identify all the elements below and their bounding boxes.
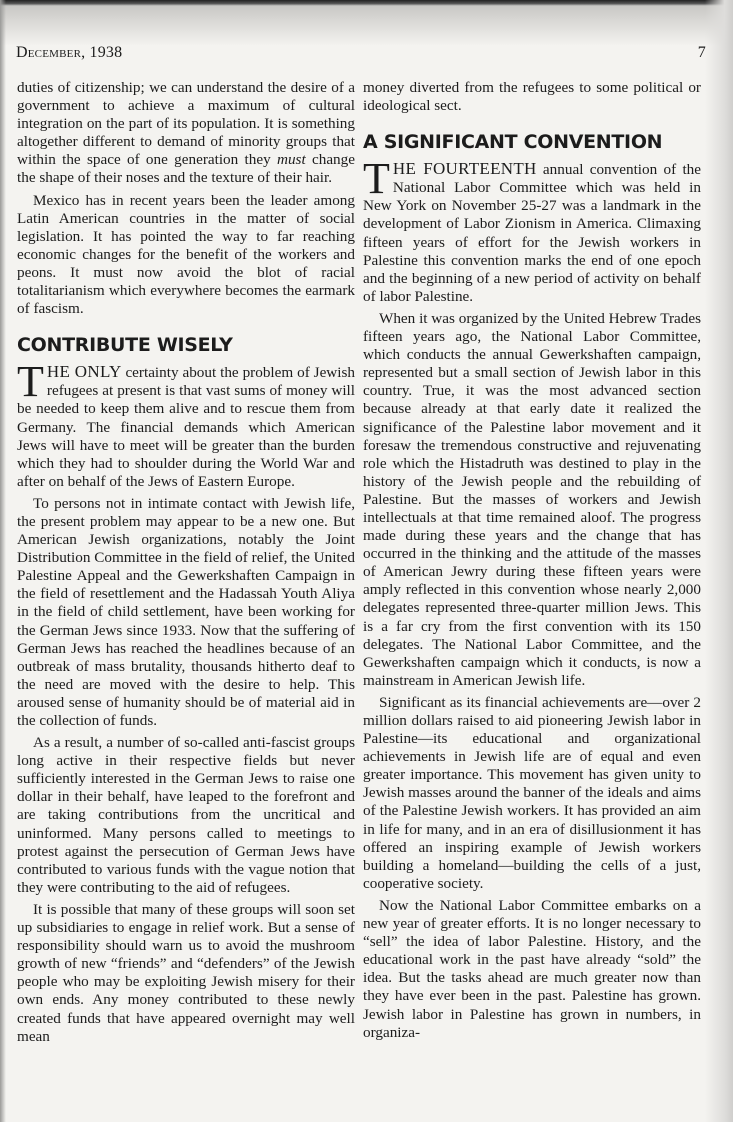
page-left-edge bbox=[0, 0, 6, 1122]
page-number: 7 bbox=[698, 44, 706, 62]
paragraph: Mexico has in recent years been the lead… bbox=[17, 192, 355, 319]
running-head: December, 1938 7 bbox=[16, 44, 706, 62]
text-run: annual convention of the National Labor … bbox=[363, 161, 701, 305]
page-right-edge bbox=[705, 0, 733, 1122]
lead-caps: HE ONLY bbox=[47, 362, 122, 381]
lead-caps: HE FOURTEENTH bbox=[393, 159, 537, 178]
paragraph: money diverted from the refugees to some… bbox=[363, 79, 701, 115]
lead-paragraph: THE ONLY certainty about the problem of … bbox=[17, 363, 355, 491]
issue-date: December, 1938 bbox=[16, 44, 122, 62]
lead-paragraph: THE FOURTEENTH annual convention of the … bbox=[363, 160, 701, 306]
paragraph: duties of citizenship; we can understand… bbox=[17, 79, 355, 188]
paragraph: Significant as its financial achievement… bbox=[363, 694, 701, 893]
emphasis: must bbox=[277, 151, 306, 168]
paragraph: It is possible that many of these groups… bbox=[17, 901, 355, 1046]
paragraph: As a result, a number of so-called anti-… bbox=[17, 734, 355, 897]
left-column: duties of citizenship; we can understand… bbox=[17, 79, 355, 1046]
section-heading: A SIGNIFICANT CONVENTION bbox=[363, 131, 701, 153]
right-column: money diverted from the refugees to some… bbox=[363, 79, 701, 1042]
drop-cap: T bbox=[363, 162, 390, 196]
paragraph: When it was organized by the United Hebr… bbox=[363, 310, 701, 690]
text-run: certainty about the problem of Jewish re… bbox=[17, 364, 355, 490]
paragraph: Now the National Labor Committee embarks… bbox=[363, 897, 701, 1042]
section-heading: CONTRIBUTE WISELY bbox=[17, 334, 355, 356]
page-top-shadow bbox=[0, 6, 733, 46]
paragraph: To persons not in intimate contact with … bbox=[17, 495, 355, 730]
drop-cap: T bbox=[17, 365, 44, 399]
